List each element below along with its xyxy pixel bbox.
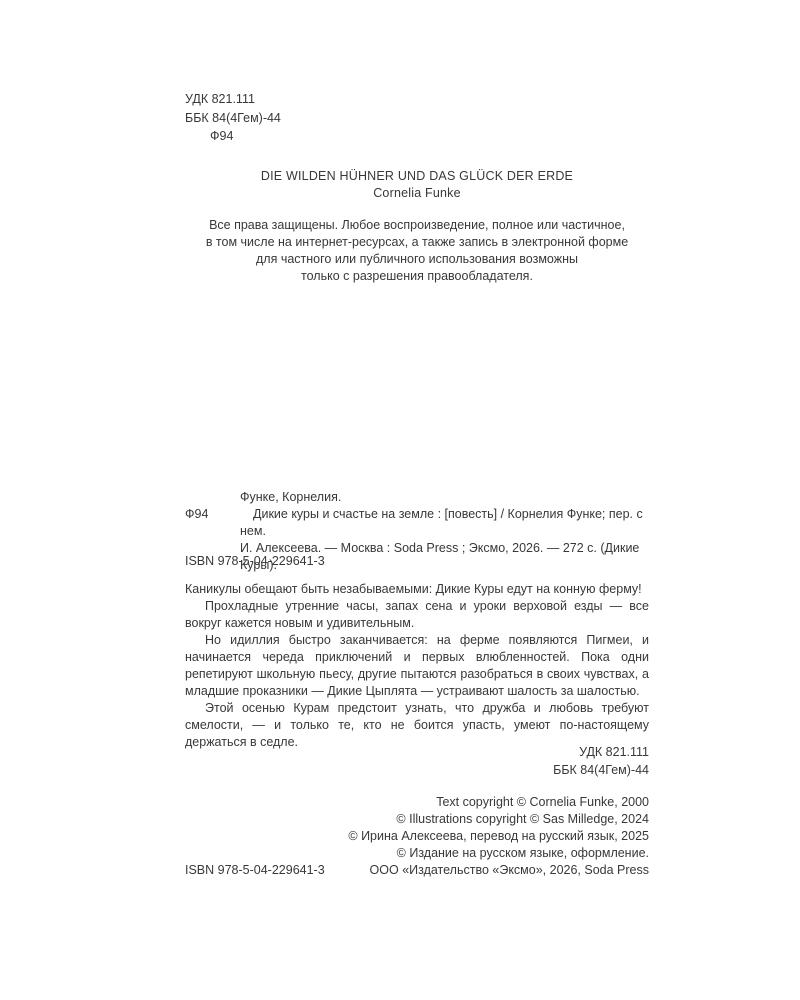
catalog-author-line: Функе, Корнелия. (240, 489, 649, 506)
bbk-code-top: ББК 84(4Гем)-44 (185, 109, 649, 128)
annotation-paragraph: Но идиллия быстро заканчивается: на ферм… (185, 632, 649, 700)
rights-line: для частного или публичного использовани… (185, 251, 649, 268)
rights-line: Все права защищены. Любое воспроизведени… (185, 217, 649, 234)
copyright-line: © Illustrations copyright © Sas Milledge… (185, 811, 649, 828)
bbk-code-bottom: ББК 84(4Гем)-44 (185, 762, 649, 780)
author-sign-card: Ф94 (185, 506, 208, 523)
original-author-text: Cornelia Funke (185, 185, 649, 202)
annotation-paragraph: Каникулы обещают быть незабываемыми: Дик… (185, 581, 649, 598)
original-title-text: DIE WILDEN HÜHNER UND DAS GLÜCK DER ERDE (185, 168, 649, 185)
catalog-title-line: Дикие куры и счастье на земле : [повесть… (240, 506, 649, 540)
copyright-line: © Издание на русском языке, оформление. (185, 845, 649, 862)
author-sign-top: Ф94 (185, 127, 649, 146)
annotation-paragraph: Прохладные утренние часы, запах сена и у… (185, 598, 649, 632)
book-imprint-page: УДК 821.111 ББК 84(4Гем)-44 Ф94 DIE WILD… (0, 0, 800, 1000)
isbn-top: ISBN 978-5-04-229641-3 (185, 553, 649, 570)
rights-line: только с разрешения правообладателя. (185, 268, 649, 285)
original-edition-block: DIE WILDEN HÜHNER UND DAS GLÜCK DER ERDE… (185, 168, 649, 202)
rights-notice: Все права защищены. Любое воспроизведени… (185, 217, 649, 285)
classification-codes-bottom: УДК 821.111 ББК 84(4Гем)-44 (185, 744, 649, 779)
copyright-line: Text copyright © Cornelia Funke, 2000 (185, 794, 649, 811)
rights-line: в том числе на интернет-ресурсах, а такж… (185, 234, 649, 251)
udk-code-bottom: УДК 821.111 (185, 744, 649, 762)
udk-code-top: УДК 821.111 (185, 90, 649, 109)
annotation: Каникулы обещают быть незабываемыми: Дик… (185, 581, 649, 751)
copyright-line: © Ирина Алексеева, перевод на русский яз… (185, 828, 649, 845)
isbn-bottom: ISBN 978-5-04-229641-3 (185, 862, 485, 879)
classification-codes-top: УДК 821.111 ББК 84(4Гем)-44 Ф94 (185, 90, 649, 146)
